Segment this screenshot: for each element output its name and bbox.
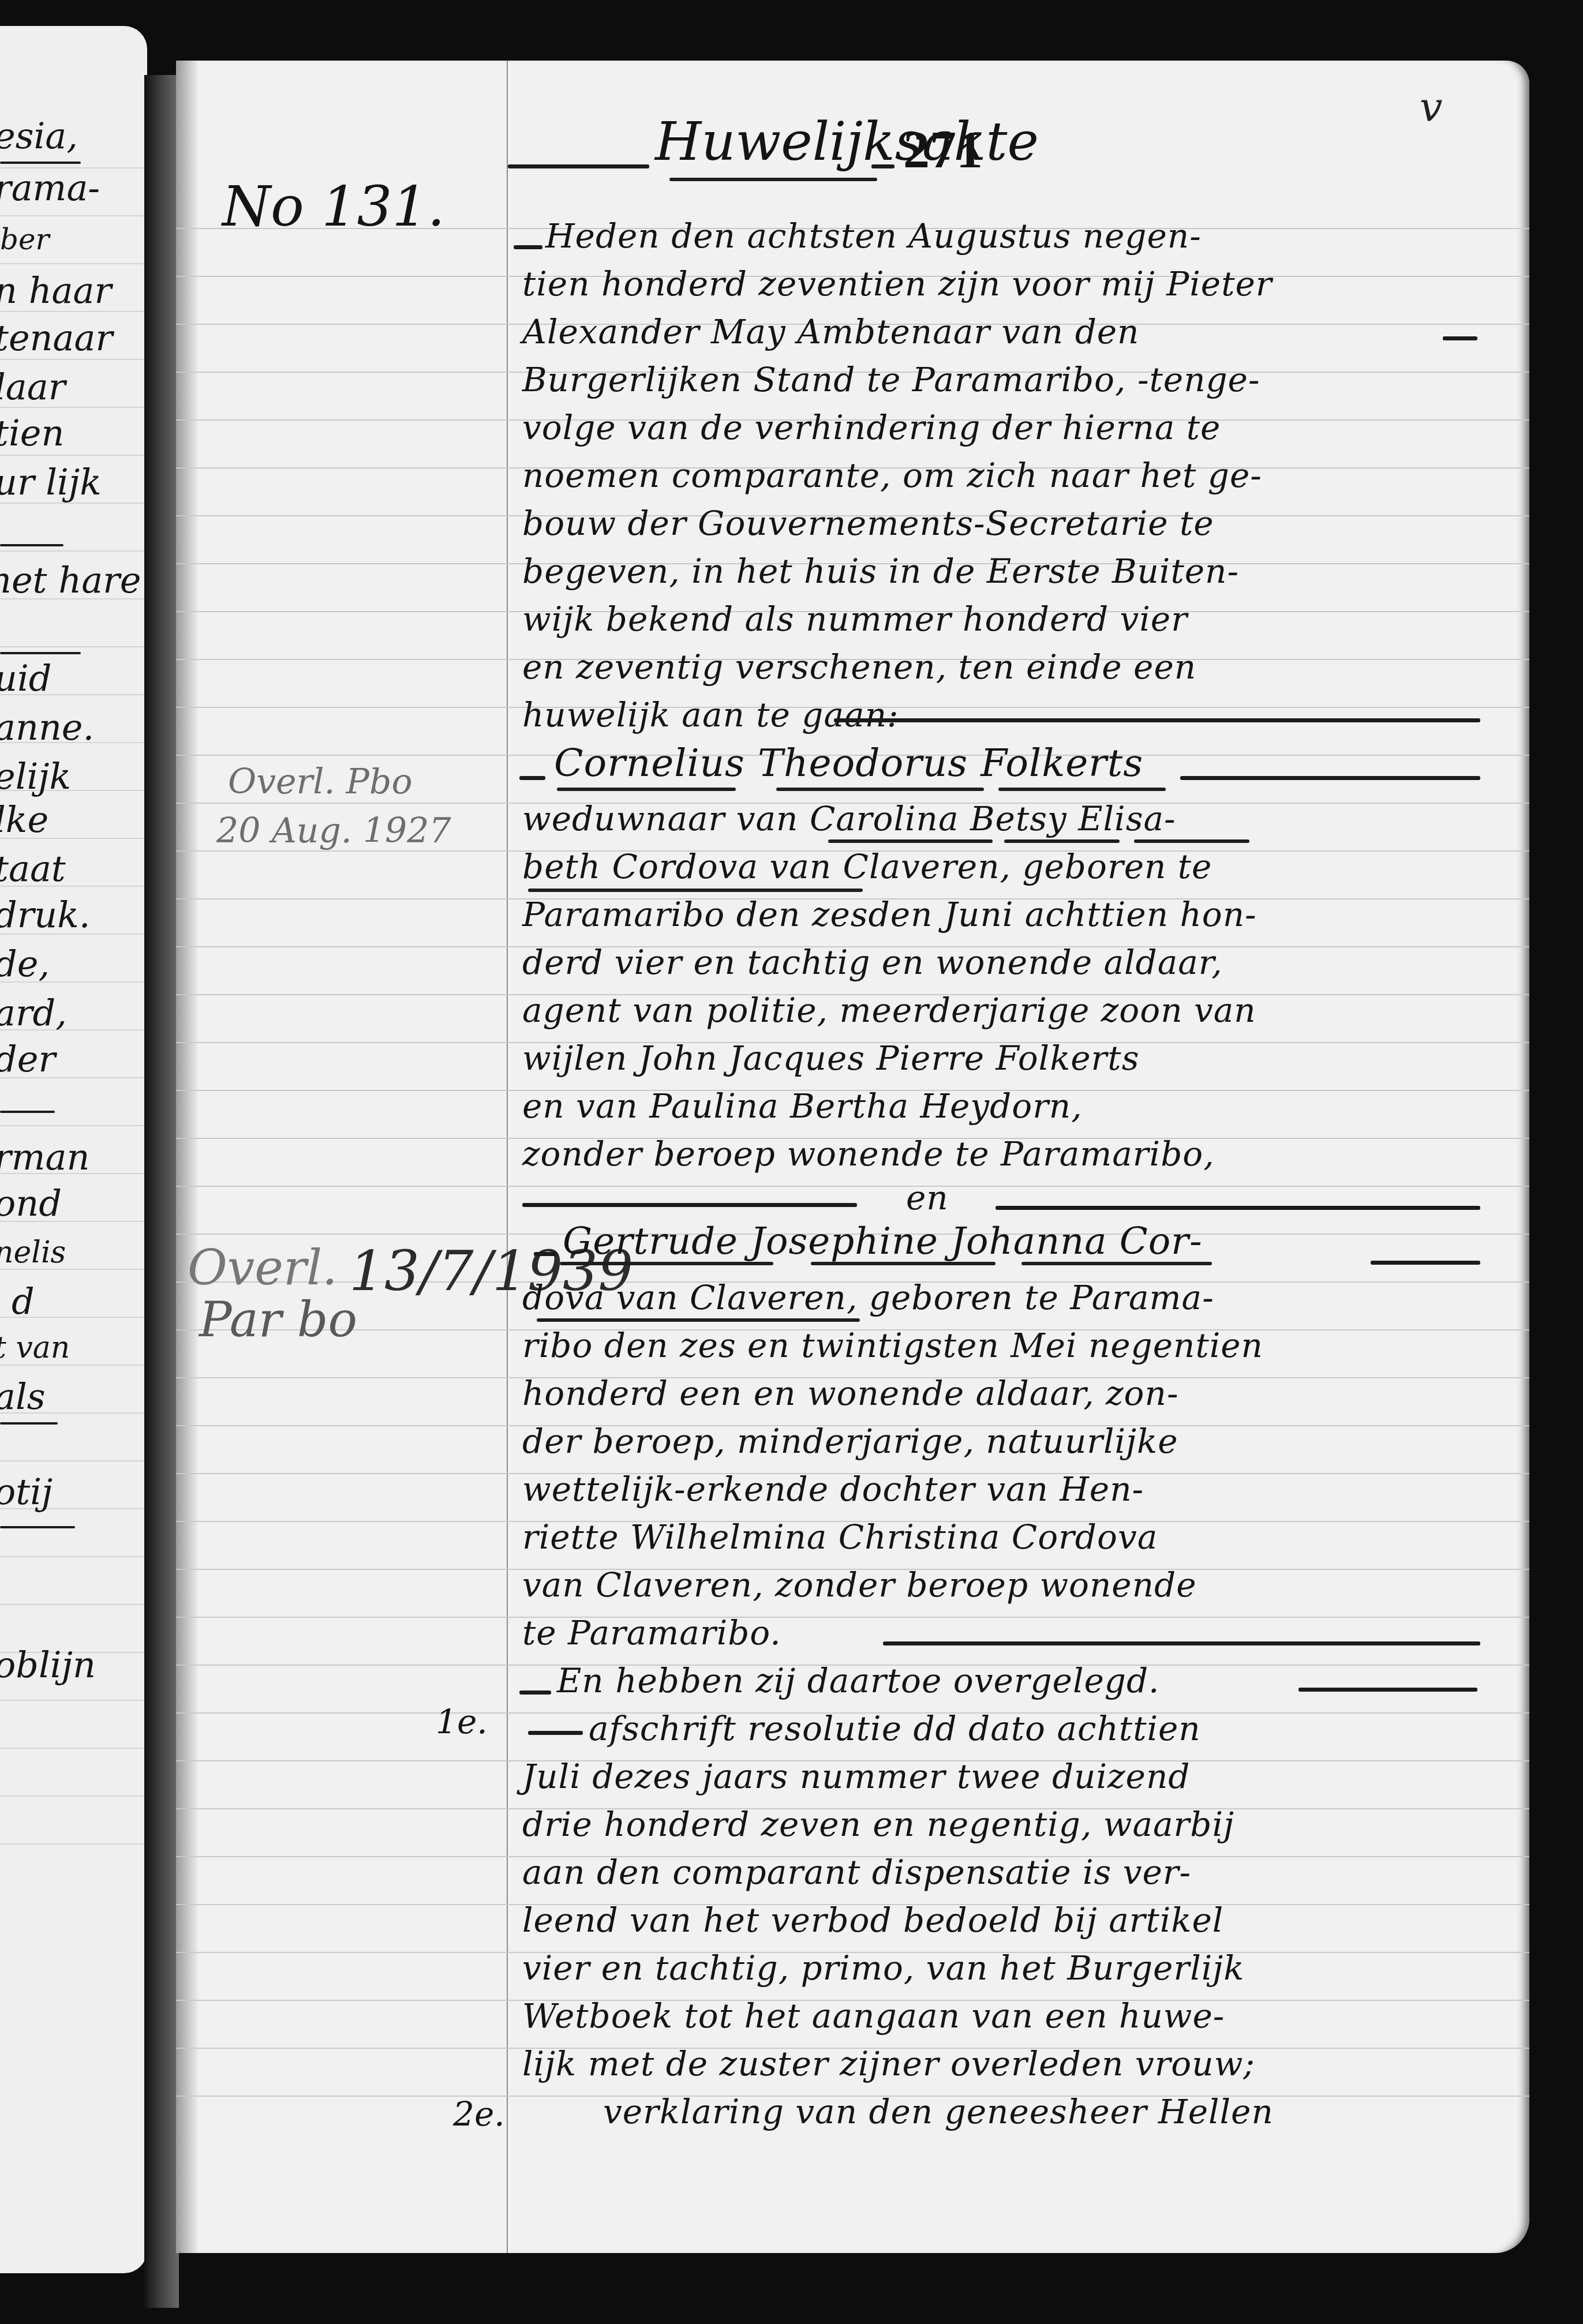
body-line: En hebben zij daartoe overgelegd. [557, 1664, 1159, 1697]
body-line: Juli dezes jaars nummer twee duizend [522, 1760, 1190, 1793]
line-dash [996, 1206, 1480, 1210]
left-page-text-line: esia, [0, 118, 78, 154]
ruled-line [0, 1556, 147, 1557]
ruled-line [0, 215, 147, 216]
left-page-text-line: rman [0, 1139, 89, 1175]
line-dash [528, 1731, 583, 1735]
ruled-line [0, 1125, 147, 1126]
ruled-line [176, 1617, 1529, 1618]
heading-underline [669, 178, 877, 181]
left-page-text-line: taat [0, 851, 66, 887]
body-line: tien honderd zeventien zijn voor mij Pie… [522, 267, 1273, 301]
separator-line [0, 1422, 58, 1425]
body-line: Burgerlijken Stand te Paramaribo, -tenge… [522, 363, 1260, 396]
ruled-line [0, 646, 147, 647]
line-dash [1180, 776, 1480, 780]
left-page-text-line: tenaar [0, 320, 113, 356]
body-line: lijk met de zuster zijner overleden vrou… [522, 2047, 1255, 2081]
left-page-text-line: ber [0, 225, 50, 254]
body-line: wijk bekend als nummer honderd vier [522, 602, 1188, 636]
separator-line [0, 1111, 55, 1113]
line-dash [534, 1252, 557, 1256]
body-line: huwelijk aan te gaan: [522, 698, 899, 732]
bride-name: Gertrude Josephine Johanna Cor- [563, 1223, 1203, 1260]
name-underline [1134, 839, 1249, 843]
body-line: Alexander May Ambtenaar van den [522, 315, 1139, 348]
body-line: volge van de verhindering der hierna te [522, 411, 1221, 444]
margin-note-death-1-line1: Overl. Pbo [228, 764, 413, 799]
signature-fragment: oblijn [0, 1647, 96, 1683]
body-line: Heden den achtsten Augustus negen- [545, 219, 1202, 253]
line-dash [1298, 1688, 1477, 1692]
ruled-line [0, 359, 147, 360]
left-page-text-line: elijk [0, 759, 71, 794]
ruled-line [0, 550, 147, 552]
left-page-text-line: der [0, 1041, 55, 1077]
body-line: der beroep, minderjarige, natuurlijke [522, 1425, 1178, 1458]
left-page-text-line: rama- [0, 170, 100, 206]
ruled-line [0, 455, 147, 456]
check-mark-icon: v [1420, 87, 1443, 127]
separator-line [0, 652, 81, 654]
left-page-text-line: t van [0, 1333, 70, 1363]
left-page-text-line: d [12, 1284, 35, 1320]
left-page-text-line: laar [0, 369, 65, 405]
left-page-text-line: de, [0, 946, 50, 982]
ruled-line [0, 1700, 147, 1701]
body-line: dova van Claveren, geboren te Parama- [522, 1281, 1214, 1314]
left-page-text-line: anne. [0, 710, 94, 745]
page-number: 271 [903, 123, 983, 176]
enumeration-marker: 1e. [436, 1705, 488, 1738]
body-line: vier en tachtig, primo, van het Burgerli… [522, 1951, 1244, 1985]
underline [0, 162, 81, 164]
margin-note-death-2-line2: Par bo [199, 1295, 357, 1344]
left-page-text-line: ond [0, 1186, 62, 1221]
line-dash [1371, 1261, 1480, 1265]
body-line: zonder beroep wonende te Paramaribo, [522, 1137, 1215, 1171]
ruled-line [0, 1843, 147, 1845]
heading-dash [871, 164, 895, 168]
body-line: riette Wilhelmina Christina Cordova [522, 1520, 1158, 1554]
left-page-text-line: ur lijk [0, 464, 102, 500]
name-underline [811, 1262, 996, 1265]
line-dash [519, 1690, 551, 1695]
ruled-line [176, 1186, 1529, 1187]
body-line: leend van het verbod bedoeld bij artikel [522, 1903, 1223, 1937]
body-line: te Paramaribo. [522, 1616, 781, 1650]
line-dash [883, 1641, 1480, 1645]
left-page-text-line: tien [0, 415, 64, 451]
enumeration-marker: 2e. [453, 2097, 505, 2131]
name-underline [998, 788, 1166, 791]
line-dash [1443, 336, 1477, 340]
name-underline [557, 788, 736, 791]
heading-dash [508, 164, 649, 168]
body-line: en zeventig verschenen, ten einde een [522, 650, 1196, 684]
margin-note-death-1-line2: 20 Aug. 1927 [216, 814, 451, 848]
body-line: agent van politie, meerderjarige zoon va… [522, 994, 1256, 1027]
left-page-text-line: net hare [0, 563, 141, 598]
ruled-line [0, 263, 147, 264]
margin-rule [507, 61, 508, 2253]
left-page-text-line: uid [0, 661, 51, 696]
left-page-text-line: druk. [0, 897, 91, 933]
right-page: Huwelijksakte 271 v No 131. Overl. Pbo 2… [176, 61, 1529, 2253]
left-page-text-line: n haar [0, 273, 111, 309]
margin-note-death-2-line1: Overl. [188, 1243, 338, 1292]
line-dash [834, 718, 1480, 722]
body-line: Paramaribo den zesden Juni achttien hon- [522, 898, 1257, 931]
body-line: beth Cordova van Claveren, geboren te [522, 850, 1212, 883]
body-line: bouw der Gouvernements-Secretarie te [522, 507, 1214, 540]
ruled-line [0, 1460, 147, 1461]
record-number: No 131. [222, 179, 445, 234]
separator-line [0, 544, 63, 546]
left-page-text-line: nelis [0, 1238, 66, 1268]
body-line: wettelijk-erkende dochter van Hen- [522, 1472, 1144, 1506]
name-underline [537, 1318, 860, 1322]
body-line: van Claveren, zonder beroep wonende [522, 1568, 1197, 1602]
body-line: verklaring van den geneesheer Hellen [603, 2095, 1274, 2128]
left-page-text-line: lke [0, 802, 48, 838]
separator-line [0, 1526, 75, 1528]
body-line: en van Paulina Bertha Heydorn, [522, 1089, 1083, 1123]
body-line: derd vier en tachtig en wonende aldaar, [522, 946, 1223, 979]
ruled-line [0, 1604, 147, 1605]
name-underline [828, 839, 993, 843]
left-page-fragment: esia, rama- ber n haar tenaar laar tien … [0, 26, 147, 2273]
body-line: drie honderd zeven en negentig, waarbij [522, 1808, 1234, 1841]
body-line: aan den comparant dispensatie is ver- [522, 1856, 1191, 1889]
name-underline [1004, 839, 1120, 843]
groom-name: Cornelius Theodorus Folkerts [554, 744, 1143, 782]
name-underline [528, 889, 863, 892]
name-underline [776, 788, 984, 791]
body-line: wijlen John Jacques Pierre Folkerts [522, 1041, 1139, 1075]
body-line: weduwnaar van Carolina Betsy Elisa- [522, 802, 1176, 835]
book-gutter [144, 75, 179, 2308]
name-underline [560, 1262, 773, 1265]
left-page-text-line: otij [0, 1474, 53, 1510]
line-dash [519, 776, 545, 780]
line-dash [514, 245, 542, 249]
conjunction-en: en [906, 1181, 949, 1215]
ruled-line [0, 1796, 147, 1797]
left-page-text-line: ard, [0, 995, 67, 1031]
body-line: honderd een en wonende aldaar, zon- [522, 1377, 1178, 1410]
body-line: noemen comparante, om zich naar het ge- [522, 459, 1262, 492]
body-line: Wetboek tot het aangaan van een huwe- [522, 1999, 1225, 2033]
line-dash [522, 1203, 857, 1207]
name-underline [1021, 1262, 1212, 1265]
body-line: afschrift resolutie dd dato achttien [589, 1712, 1201, 1745]
left-page-text-line: als [0, 1379, 46, 1415]
body-line: ribo den zes en twintigsten Mei negentie… [522, 1329, 1263, 1362]
ruled-line [0, 1748, 147, 1749]
body-line: begeven, in het huis in de Eerste Buiten… [522, 554, 1239, 588]
